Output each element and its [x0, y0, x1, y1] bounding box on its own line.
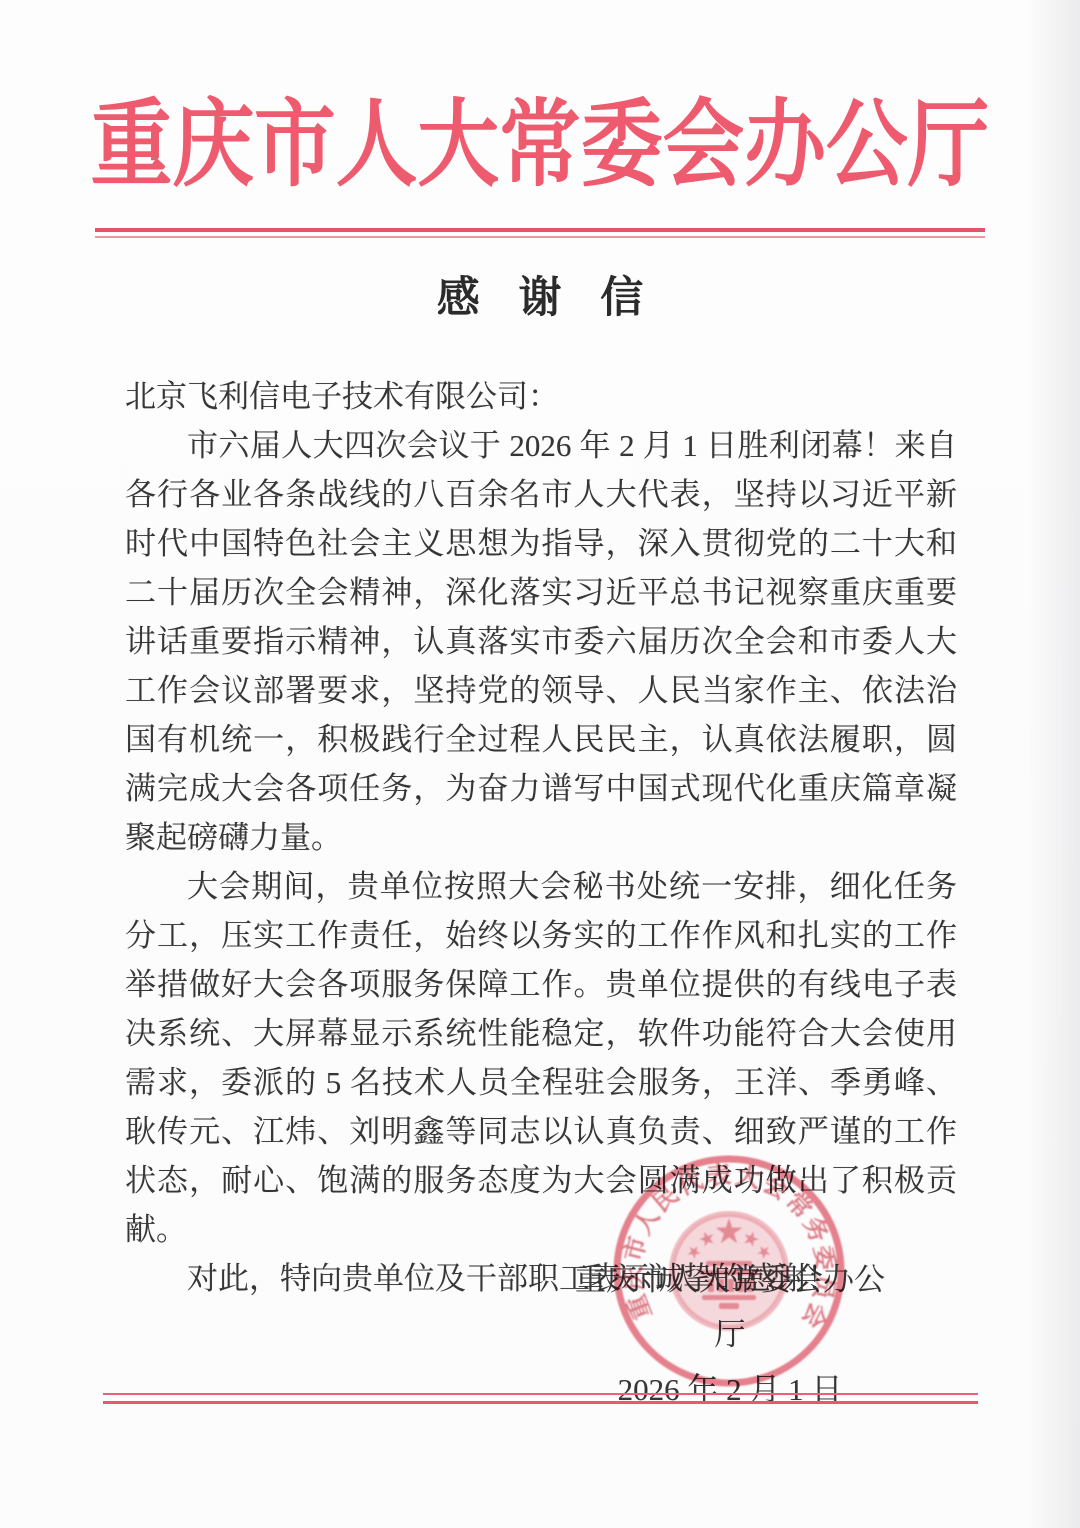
footer-rule-thick-line: [103, 1401, 978, 1404]
paragraph-1: 市六届人大四次会议于 2026 年 2 月 1 日胜利闭幕！来自各行各业各条战线…: [125, 421, 957, 862]
official-seal-stamp: 重庆市人民代表大会常务委员会办公厅: [606, 1148, 852, 1394]
letter-page: 重庆市人大常委会办公厅 感 谢 信 北京飞利信电子技术有限公司： 市六届人大四次…: [0, 0, 1080, 1528]
letterhead-rule: [95, 228, 985, 238]
letterhead-title: 重庆市人大常委会办公厅: [76, 88, 1005, 204]
footer-rule: [103, 1393, 978, 1404]
national-emblem-icon: [672, 1214, 786, 1328]
salutation: 北京飞利信电子技术有限公司：: [125, 372, 957, 421]
letterhead-rule-thin-line: [95, 236, 985, 238]
document-title: 感 谢 信: [0, 264, 1080, 325]
